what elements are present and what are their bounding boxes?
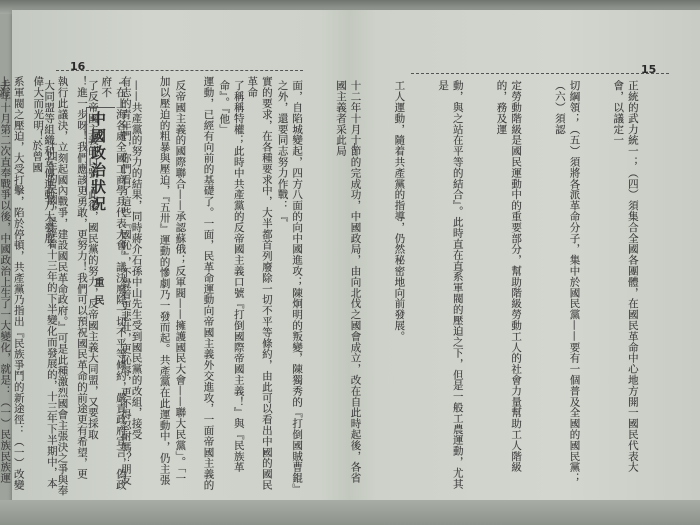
scan-speck	[264, 450, 265, 455]
text-column: 十二年十月十節的完成功，中國政局，由向北伐之國會成立，改在自此時起後，各省國主義…	[333, 80, 362, 490]
text-column: 工人運動，隨着共產黨的指導，仍然秘密地向前發展。	[392, 80, 407, 490]
scan-speck	[354, 143, 355, 150]
text-column: 去年十月第二次直奉戰爭以後，中國政治上生了一大變化，就是：（一）民族民族運動	[0, 80, 12, 490]
text-column: 了稱稱特權；此時中共產黨的反帝國主義口號『打倒國際帝國主義！』與『民族革命』。『…	[217, 80, 246, 490]
text-column: 定勞動階級是國民運動中的重要部分，幫助階級勞動工人的社會力量幫助工人階級的，務及…	[494, 80, 523, 490]
text-column: 正統的武力統一；（四）須集合全國各團體，在國民革命中心地方開一國民代表大會，以議…	[611, 80, 640, 490]
text-column: 大同盟等組織和宣傳運動乃大發展。	[41, 80, 56, 490]
page-number: 15	[641, 63, 656, 76]
text-column: 切綱領；（五）須將各派革命分子，集中於國民黨——要有一個普及全國的國民黨；（六）…	[552, 80, 581, 490]
right-page-body: 正統的武力統一；（四）須集合全國各團體，在國民革命中心地方開一國民代表大會，以議…	[411, 80, 669, 490]
scan-bottom-edge	[0, 500, 700, 525]
text-column: 反帝國主義的國際聯合——承認蘇俄；反軍閥——擁護國民大會——聯大民黨」。「一	[173, 80, 188, 490]
text-column: 了反帝國主義的口號。此後，國民黨的努力，反帝國主義大同盟，又要採取	[85, 80, 100, 490]
text-column: ——共產黨的努力的結果，同時蔣介石孫中山先生受到國民黨的改組，接受	[129, 80, 144, 490]
text-column: 動，與之站在平等的結合』。此時直在直系軍閥的壓迫之下，但是一般工農運動，尤其是	[436, 80, 465, 490]
right-page: 15 正統的武力統一；（四）須集合全國各團體，在國民革命中心地方開一國民代表大會…	[356, 10, 700, 508]
header-rule	[411, 73, 669, 74]
text-column: 面，自陷城變起，四方八面的向中國進攻；陳炯明的叛變，陳獨秀的『打倒國賊曹錕』之外…	[275, 80, 304, 490]
book-spread: 16 實的要求，在各種要求中，大半都首列廢除一切不平等條約，由此可以看出中國的國…	[12, 10, 700, 508]
page-number: 16	[70, 60, 85, 73]
header-rule	[56, 70, 303, 71]
